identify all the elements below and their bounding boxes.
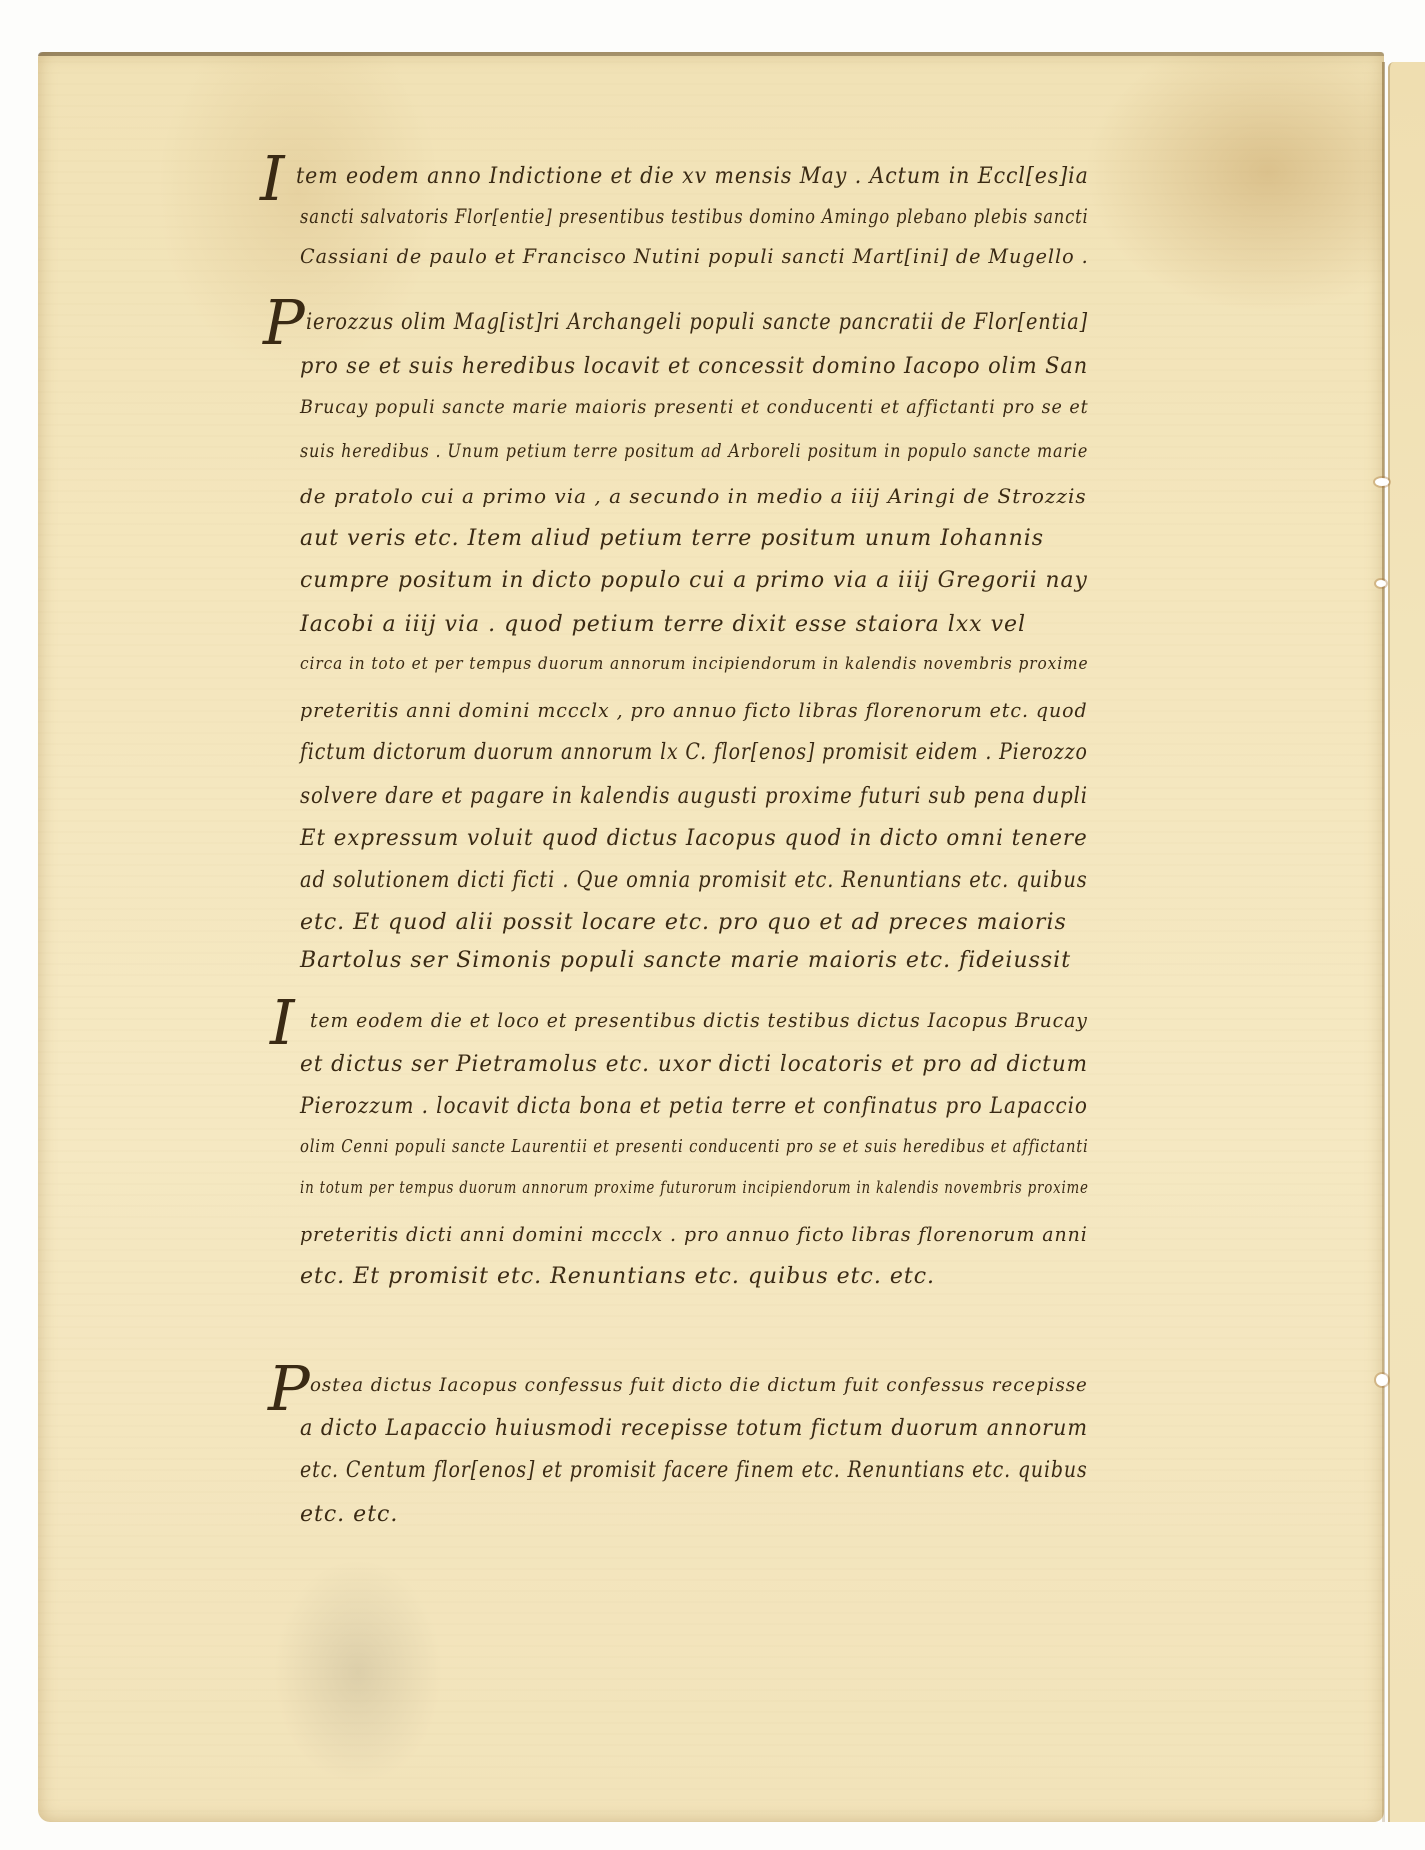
text-line: solvere dare et pagare in kalendis augus… (300, 784, 1088, 809)
initial-letter: P (268, 1358, 310, 1420)
text-line: etc. Et promisit etc. Renuntians etc. qu… (300, 1264, 935, 1289)
text-line: etc. etc. (300, 1502, 398, 1527)
binding-hole (1375, 478, 1389, 486)
text-line: sancti salvatoris Flor[entie] presentibu… (300, 204, 1089, 228)
text-line: cumpre positum in dicto populo cui a pri… (300, 568, 1088, 593)
text-line: ostea dictus Iacopus confessus fuit dict… (310, 1374, 1088, 1396)
text-line: et dictus ser Pietramolus etc. uxor dict… (300, 1052, 1088, 1077)
page-fold (1382, 62, 1385, 1822)
text-line: in totum per tempus duorum annorum proxi… (300, 1178, 1089, 1198)
text-line: preteritis anni domini mccclx , pro annu… (300, 698, 1088, 722)
text-line: de pratolo cui a primo via , a secundo i… (300, 484, 1087, 508)
binding-hole (1376, 580, 1386, 587)
text-line: Bartolus ser Simonis populi sancte marie… (300, 948, 1071, 973)
text-line: Pierozzum . locavit dicta bona et petia … (300, 1094, 1088, 1119)
initial-letter: P (263, 292, 305, 354)
text-line: fictum dictorum duorum annorum lx C. flo… (300, 740, 1088, 765)
text-line: aut veris etc. Item aliud petium terre p… (300, 526, 1044, 551)
text-line: a dicto Lapaccio huiusmodi recepisse tot… (300, 1416, 1088, 1441)
text-line: Iacobi a iiij via . quod petium terre di… (300, 612, 1026, 637)
adjacent-page-edge (1388, 62, 1425, 1822)
text-line: ad solutionem dicti ficti . Que omnia pr… (300, 868, 1088, 893)
initial-letter: I (270, 992, 295, 1054)
text-line: Brucay populi sancte marie maioris prese… (300, 396, 1089, 418)
initial-letter: I (260, 148, 285, 210)
text-line: olim Cenni populi sancte Laurentii et pr… (300, 1136, 1089, 1157)
text-line: Cassiani de paulo et Francisco Nutini po… (300, 244, 1089, 268)
text-line: etc. Centum flor[enos] et promisit facer… (300, 1458, 1088, 1483)
text-line: ierozzus olim Mag[ist]ri Archangeli popu… (306, 310, 1088, 335)
text-line: preteritis dicti anni domini mccclx . pr… (300, 1222, 1088, 1246)
text-line: circa in toto et per tempus duorum annor… (300, 654, 1089, 674)
manuscript-page: I tem eodem anno Indictione et die xv me… (38, 52, 1384, 1822)
text-line: Et expressum voluit quod dictus Iacopus … (300, 826, 1088, 851)
text-line: etc. Et quod alii possit locare etc. pro… (300, 910, 1067, 935)
text-line: tem eodem die et loco et presentibus dic… (310, 1008, 1088, 1032)
text-line: pro se et suis heredibus locavit et conc… (300, 354, 1088, 379)
text-block: I tem eodem anno Indictione et die xv me… (38, 52, 1384, 1822)
text-line: suis heredibus . Unum petium terre posit… (300, 440, 1088, 462)
text-line: tem eodem anno Indictione et die xv mens… (296, 164, 966, 189)
binding-hole (1376, 1374, 1388, 1386)
